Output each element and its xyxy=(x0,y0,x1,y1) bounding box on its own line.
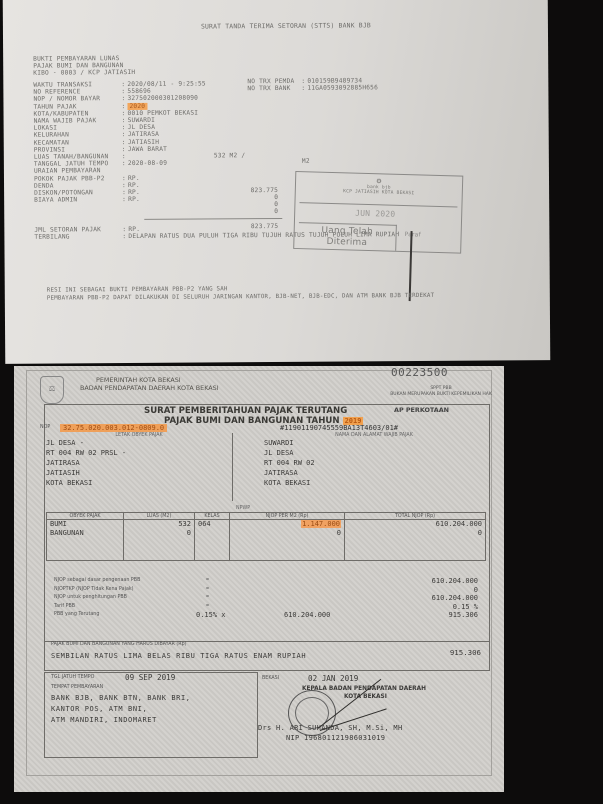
due-date: 09 SEP 2019 xyxy=(125,673,175,682)
table-row: BUMI 532 064 1.147.000 610.204.000 xyxy=(47,520,486,530)
signer-nip: NIP 196801121986031019 xyxy=(286,734,385,742)
sum-rule xyxy=(144,218,282,220)
stamp-paraf: Paraf xyxy=(405,231,421,238)
receipt-fields: WAKTU TRANSAKSI:2020/08/11 - 9:25:55 NO … xyxy=(33,80,245,204)
barcode-text: #11901190745559BA13T4603/01# xyxy=(280,424,398,432)
njop-table: OBYEK PAJAK LUAS (M2) KELAS NJOP PER M2 … xyxy=(46,512,486,561)
stamp-date: JUN 2020 xyxy=(355,209,395,219)
receipt-trx-numbers: NO TRX PEMDA:010159B9489734 NO TRX BANK:… xyxy=(247,77,378,92)
calc-row: NJOP untuk penghitungan PBB=610.204.000 xyxy=(46,594,486,603)
m2-label: M2 xyxy=(302,158,310,165)
receipt-footer: RESI INI SEBAGAI BUKTI PEMBAYARAN PBB-P2… xyxy=(47,284,527,303)
sppt-title: SURAT PEMBERITAHUAN PAJAK TERUTANG xyxy=(144,406,347,416)
calc-row: Tarif PBB=0.15 % xyxy=(46,603,486,612)
nop-row: NOP 32.75.020.003.012-0809.0 #1190119074… xyxy=(40,425,488,433)
calc-row: NJOPTKP (NJOP Tidak Kena Pajak)=0 xyxy=(46,586,486,595)
bank-received-stamp: ⚙ bank bjb KCP JATIASIH KOTA BEKASI JUN … xyxy=(293,171,463,254)
npwp-label: NPWP xyxy=(236,506,250,511)
gov-line-1: PEMERINTAH KOTA BEKASI xyxy=(96,376,181,384)
serial-number: 00223500 xyxy=(391,366,448,379)
stamp-received: Uang Telah Diterima xyxy=(298,222,397,251)
receipt-header: BUKTI PEMBAYARAN LUNAS PAJAK BUMI DAN BA… xyxy=(33,55,135,77)
calc-row: PBB yang Terutang0.15% x610.204.000915.3… xyxy=(46,611,486,620)
nop-value: 32.75.020.003.012-0809.0 xyxy=(60,424,167,432)
issue-date: 02 JAN 2019 xyxy=(308,674,358,683)
object-location: LETAK OBYEK PAJAK JL DESA - RT 004 RW 02… xyxy=(46,433,233,501)
sppt-document: ⚖ PEMERINTAH KOTA BEKASI BADAN PENDAPATA… xyxy=(14,366,504,792)
amount-admin: 0 xyxy=(208,208,278,215)
calc-row: NJOP sebagai dasar pengenaan PBB=610.204… xyxy=(46,577,486,586)
kota-bekasi-emblem-icon: ⚖ xyxy=(40,376,64,404)
taxpayer-info: NAMA DAN ALAMAT WAJIB PAJAK SUWARDI JL D… xyxy=(264,433,484,501)
receipt-title: SURAT TANDA TERIMA SETORAN (STTS) BANK B… xyxy=(201,21,371,30)
payable-box: PAJAK BUMI DAN BANGUNAN YANG HARUS DIBAY… xyxy=(44,640,490,671)
gov-line-2: BADAN PENDAPATAN DAERAH KOTA BEKASI xyxy=(80,384,219,392)
amount-total: 823.775 xyxy=(208,223,278,230)
payment-info: TGL JATUH TEMPO 09 SEP 2019 TEMPAT PEMBA… xyxy=(44,672,258,758)
sppt-badge: SPPT PBB BUKAN MERUPAKAN BUKTI KEPEMILIK… xyxy=(386,386,496,397)
receipt-header-line: KIBO - 0003 / KCP JATIASIH xyxy=(33,69,135,77)
njop-per-m2-highlight: 1.147.000 xyxy=(301,520,341,528)
stts-receipt: SURAT TANDA TERIMA SETORAN (STTS) BANK B… xyxy=(3,0,551,364)
signature-block: BEKASI 02 JAN 2019 KEPALA BADAN PENDAPAT… xyxy=(258,672,488,756)
table-row: BANGUNAN 0 0 0 xyxy=(47,529,486,538)
buku-label: AP PERKOTAAN xyxy=(394,406,449,414)
signer-name: Drs H. ARI SUHANDA, SH, M.Si, MH xyxy=(258,724,402,732)
payable-words: SEMBILAN RATUS LIMA BELAS RIBU TIGA RATU… xyxy=(51,652,306,660)
payable-amount: 915.306 xyxy=(450,648,481,657)
payment-places: BANK BJB, BANK BTN, BANK BRI, KANTOR POS… xyxy=(51,693,191,726)
calculation-block: NJOP sebagai dasar pengenaan PBB=610.204… xyxy=(46,577,486,620)
